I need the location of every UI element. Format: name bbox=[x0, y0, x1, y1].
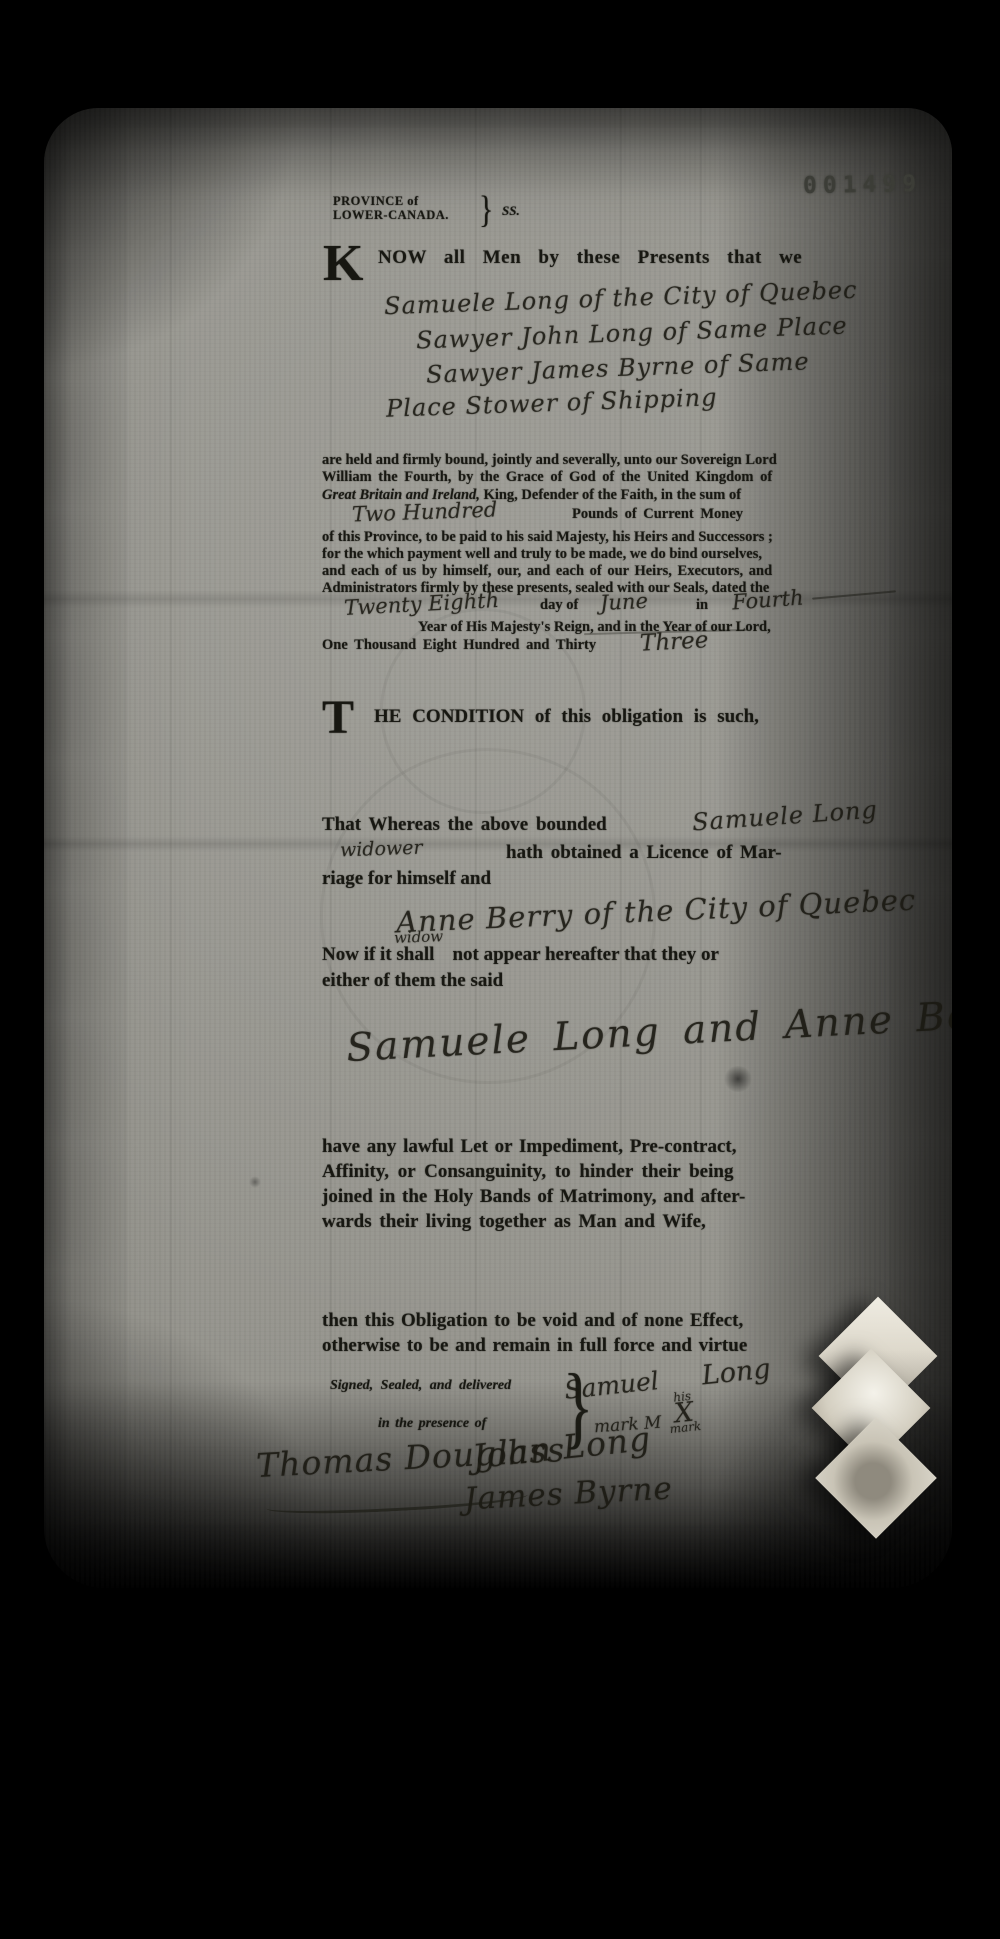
bond-line-10: One Thousand Eight Hundred and Thirty bbox=[322, 637, 596, 654]
impediment-line-2: Affinity, or Consanguinity, to hinder th… bbox=[322, 1161, 733, 1183]
handwritten-year: Three bbox=[639, 627, 709, 657]
condition-line-1: That Whereas the above bounded bbox=[322, 814, 607, 836]
void-line-1: then this Obligation to be void and of n… bbox=[322, 1310, 743, 1332]
handwritten-month: June bbox=[599, 589, 648, 615]
bond-line-7: and each of us by himself, our, and each… bbox=[322, 563, 772, 580]
handwritten-bounded-name: Samuele Long bbox=[691, 796, 878, 837]
pounds-label: Pounds of Current Money bbox=[572, 506, 743, 523]
ink-blotch bbox=[249, 1176, 261, 1188]
document-photo: PROVINCE of LOWER-CANADA. } SS. 001499 K… bbox=[44, 108, 952, 1588]
scanned-document-page: { "palette": { "film_black": "#000000", … bbox=[0, 0, 1000, 1939]
dropcap-t: T bbox=[322, 698, 354, 739]
handwritten-sum: Two Hundred bbox=[352, 497, 498, 526]
void-line-2: otherwise to be and remain in full force… bbox=[322, 1335, 747, 1357]
bond-line-1: are held and firmly bound, jointly and s… bbox=[322, 452, 777, 469]
handwritten-status: widower bbox=[340, 837, 423, 862]
attestation-line-1: Signed, Sealed, and delivered bbox=[330, 1378, 511, 1394]
ss-label: SS. bbox=[502, 203, 520, 219]
condition-line-4b: not appear hereafter that they or bbox=[452, 944, 718, 965]
dropcap-k: K bbox=[323, 242, 363, 286]
wafer-seal-3 bbox=[815, 1417, 937, 1539]
handwritten-party-3: Sawyer James Byrne of Same bbox=[426, 347, 810, 388]
day-of-label: day of bbox=[540, 597, 578, 614]
bond-line-3-rest: King, Defender of the Faith, in the sum … bbox=[480, 487, 741, 503]
registry-stamp-number: 001499 bbox=[803, 171, 923, 199]
attestation-line-2: in the presence of bbox=[378, 1416, 486, 1432]
mark-label: mark bbox=[669, 1422, 701, 1435]
province-brace: } bbox=[479, 188, 494, 232]
province-line1: PROVINCE of bbox=[333, 194, 449, 208]
province-line2: LOWER-CANADA. bbox=[333, 208, 449, 222]
impediment-line-1: have any lawful Let or Impediment, Pre-c… bbox=[322, 1136, 736, 1158]
handwritten-party-4: Place Stower of Shipping bbox=[386, 383, 718, 423]
opening-line: NOW all Men by these Presents that we bbox=[378, 247, 802, 269]
condition-line-3: riage for himself and bbox=[322, 868, 491, 890]
bond-line-6: for the which payment well and truly to … bbox=[322, 546, 762, 563]
signature-witness: Thomas Douglass bbox=[255, 1430, 566, 1485]
condition-line-2: hath obtained a Licence of Mar- bbox=[506, 842, 782, 864]
bond-line-5: of this Province, to be paid to his said… bbox=[322, 529, 773, 546]
signature-principal-last: Long bbox=[700, 1353, 772, 1391]
impediment-line-3: joined in the Holy Bands of Matrimony, a… bbox=[322, 1186, 745, 1208]
condition-line-4a: Now if it shall bbox=[322, 944, 434, 965]
in-label: in bbox=[696, 597, 708, 614]
condition-line-5: either of them the said bbox=[322, 970, 503, 992]
impediment-line-4: wards their living together as Man and W… bbox=[322, 1211, 706, 1233]
his-x-mark: hisXmark bbox=[666, 1391, 702, 1435]
province-caption: PROVINCE of LOWER-CANADA. bbox=[333, 194, 449, 222]
bond-line-2: William the Fourth, by the Grace of God … bbox=[322, 469, 772, 486]
ink-blotch bbox=[723, 1066, 753, 1092]
handwritten-reign-year: Fourth bbox=[731, 586, 804, 615]
condition-line-4: Now if it shallnot appear hereafter that… bbox=[322, 944, 719, 966]
condition-heading-line: HE CONDITION of this obligation is such, bbox=[374, 706, 759, 728]
